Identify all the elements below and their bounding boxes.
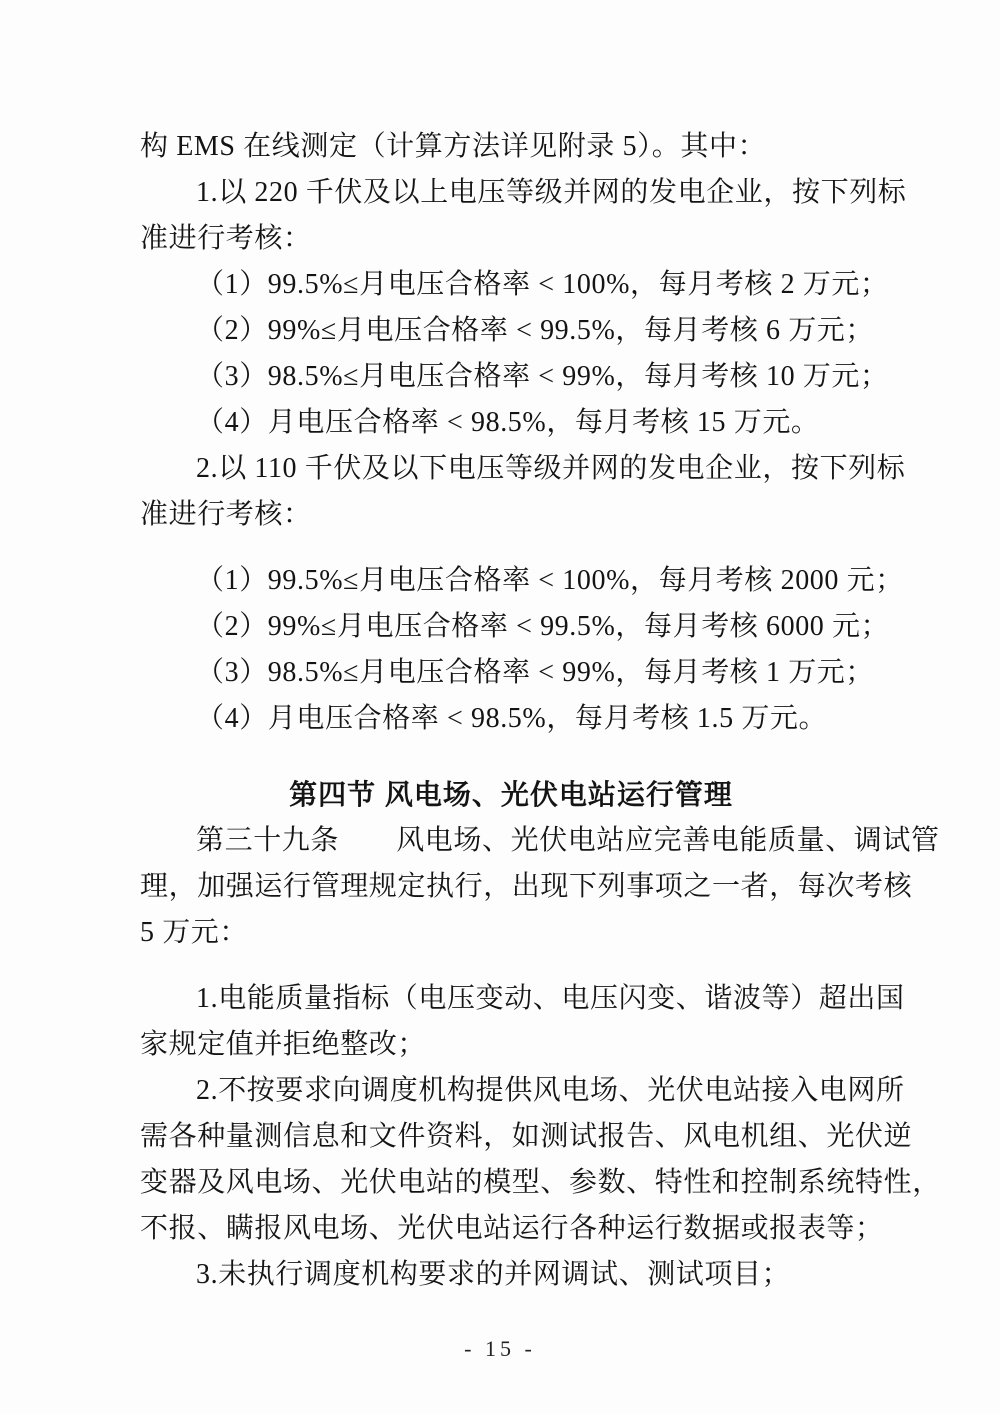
text-line: （2）99%≤月电压合格率 < 99.5%，每月考核 6 万元； [140,308,882,354]
text-line: （3）98.5%≤月电压合格率 < 99%，每月考核 10 万元； [140,354,882,400]
text-line: 准进行考核： [140,492,882,538]
text-line: 不报、瞒报风电场、光伏电站运行各种运行数据或报表等； [140,1206,882,1252]
document-page: 构 EMS 在线测定（计算方法详见附录 5）。其中：1.以 220 千伏及以上电… [0,0,1000,1414]
text-line: （1）99.5%≤月电压合格率 < 100%，每月考核 2000 元； [140,558,882,604]
text-line: 构 EMS 在线测定（计算方法详见附录 5）。其中： [140,124,882,170]
text-line: （4）月电压合格率 < 98.5%，每月考核 15 万元。 [140,400,882,446]
text-line: （4）月电压合格率 < 98.5%，每月考核 1.5 万元。 [140,696,882,742]
text-line: 2.不按要求向调度机构提供风电场、光伏电站接入电网所 [140,1068,882,1114]
text-line: 变器及风电场、光伏电站的模型、参数、特性和控制系统特性， [140,1160,882,1206]
text-line: （3）98.5%≤月电压合格率 < 99%，每月考核 1 万元； [140,650,882,696]
page-number: - 15 - [0,1336,1000,1362]
text-line: （2）99%≤月电压合格率 < 99.5%，每月考核 6000 元； [140,604,882,650]
text-line: 2.以 110 千伏及以下电压等级并网的发电企业，按下列标 [140,446,882,492]
text-line: 1.以 220 千伏及以上电压等级并网的发电企业，按下列标 [140,170,882,216]
text-line: 理，加强运行管理规定执行，出现下列事项之一者，每次考核 [140,864,882,910]
text-line: 第三十九条 风电场、光伏电站应完善电能质量、调试管 [140,818,882,864]
text-line: 3.未执行调度机构要求的并网调试、测试项目； [140,1252,882,1298]
document-lines: 构 EMS 在线测定（计算方法详见附录 5）。其中：1.以 220 千伏及以上电… [140,124,882,1298]
text-line: 1.电能质量指标（电压变动、电压闪变、谐波等）超出国 [140,976,882,1022]
text-line: 准进行考核： [140,216,882,262]
text-line: 5 万元： [140,910,882,956]
text-line: 需各种量测信息和文件资料，如测试报告、风电机组、光伏逆 [140,1114,882,1160]
text-line: 家规定值并拒绝整改； [140,1022,882,1068]
section-heading: 第四节 风电场、光伏电站运行管理 [140,772,882,818]
text-line: （1）99.5%≤月电压合格率 < 100%，每月考核 2 万元； [140,262,882,308]
